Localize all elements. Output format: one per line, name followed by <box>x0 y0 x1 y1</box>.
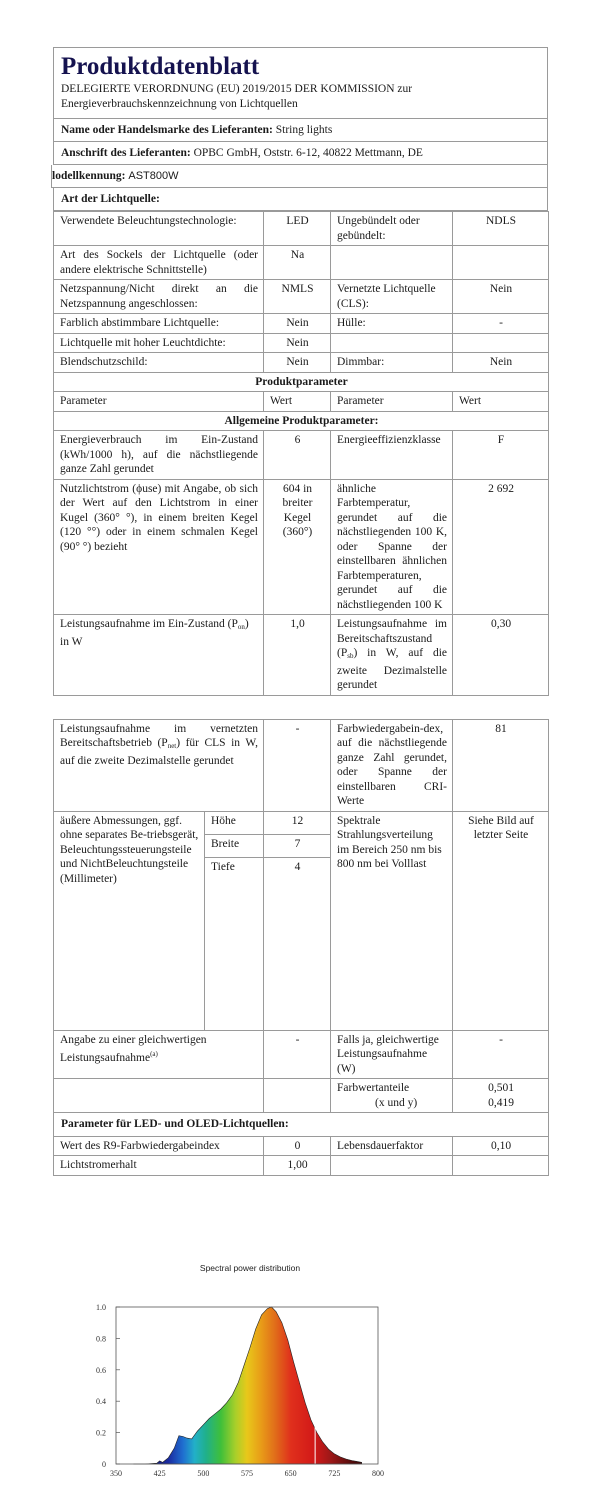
param-color-temperature: ähnliche Farbtemperatur, gerundet auf di… <box>331 479 453 615</box>
param-networked-standby: Leistungsaufnahme im vernetzten Bereitsc… <box>54 719 264 811</box>
x-tick-label: 350 <box>110 1469 122 1478</box>
x-tick-label: 575 <box>241 1469 253 1478</box>
supplier-name-label: Name oder Handelsmarke des Lieferanten: <box>61 124 273 136</box>
param-lumen-maintenance: Lichtstromerhalt <box>54 1156 264 1176</box>
value-spectral-distribution: Siehe Bild auf letzter Seite <box>453 811 549 1030</box>
param-r9: Wert des R9-Farbwiedergabeindex <box>54 1136 264 1156</box>
table-row: Energieverbrauch im Ein-Zustand (kWh/100… <box>54 431 549 480</box>
product-parameters-table-2: Leistungsaufnahme im vernetzten Bereitsc… <box>53 719 549 1176</box>
table-row: Nutzlichtstrom (ϕuse) mit Angabe, ob sic… <box>54 479 549 615</box>
x-tick-label: 425 <box>154 1469 166 1478</box>
value2-technology: NDLS <box>453 212 549 246</box>
empty-cell <box>54 1079 264 1113</box>
x-tick-label: 800 <box>372 1469 384 1478</box>
general-parameters-heading-row: Allgemeine Produktparameter: <box>54 411 549 431</box>
product-data-sheet: Produktdatenblatt DELEGIERTE VERORDNUNG … <box>53 47 548 1176</box>
value-socket: Na <box>264 246 331 280</box>
model-row: lodellkennung: AST800W <box>51 165 548 188</box>
value2-glare-shield: Nein <box>453 353 549 373</box>
page-title: Produktdatenblatt <box>61 52 540 82</box>
light-source-type-heading-text: Art der Lichtquelle: <box>61 193 160 205</box>
value2-socket <box>453 246 549 280</box>
col-header-param-1: Parameter <box>54 392 264 412</box>
param-equivalent-power: Angabe zu einer gleichwertigen Leistungs… <box>54 1030 264 1079</box>
value-equivalent-power: - <box>264 1030 331 1079</box>
param2-tunable: Hülle: <box>331 314 453 334</box>
value-chromaticity: 0,501 0,419 <box>453 1079 549 1113</box>
chromaticity-y: 0,419 <box>459 1096 543 1111</box>
empty-cell <box>331 1156 453 1176</box>
y-tick-label: 0.4 <box>96 1397 106 1406</box>
led-parameters-heading: Parameter für LED- und OLED-Lichtquellen… <box>54 1113 549 1137</box>
dimension-name-height: Höhe <box>205 811 264 834</box>
param-chromaticity-line-1: Farbwertanteile <box>337 1081 447 1096</box>
dimension-filler <box>264 880 331 1030</box>
param-dimensions: äußere Abmessungen, ggf. ohne separates … <box>54 811 205 1030</box>
led-parameters-heading-row: Parameter für LED- und OLED-Lichtquellen… <box>54 1113 549 1137</box>
chart-title: Spectral power distribution <box>80 1263 420 1273</box>
param-mains: Netzspannung/Nicht direkt an die Netzspa… <box>54 280 264 314</box>
col-header-value-1: Wert <box>264 392 331 412</box>
subscript: net <box>168 742 177 750</box>
y-tick-label: 0.6 <box>96 1366 106 1375</box>
table-row: Art des Sockels der Lichtquelle (oder an… <box>54 246 549 280</box>
y-tick-label: 0 <box>102 1460 106 1469</box>
param2-socket <box>331 246 453 280</box>
value2-high-luminance <box>453 333 549 353</box>
y-tick-label: 1.0 <box>96 1303 106 1312</box>
x-tick-label: 500 <box>197 1469 209 1478</box>
sheet-header: Produktdatenblatt DELEGIERTE VERORDNUNG … <box>53 47 548 119</box>
value2-tunable: - <box>453 314 549 334</box>
param-high-luminance: Lichtquelle mit hoher Leuchtdichte: <box>54 333 264 353</box>
param-standby-power-tail: ) in W, auf die zweite Dezimalstelle ger… <box>337 647 447 691</box>
table-row: Farblich abstimmbare Lichtquelle:NeinHül… <box>54 314 549 334</box>
dimension-filler <box>205 880 264 1030</box>
value-high-luminance: Nein <box>264 333 331 353</box>
model-value: AST800W <box>128 170 178 182</box>
regulation-line-2: Energieverbrauchskennzeichnung von Licht… <box>61 97 540 112</box>
value-cri: 81 <box>453 719 549 811</box>
empty-cell <box>264 1079 331 1113</box>
x-tick-label: 725 <box>328 1469 340 1478</box>
page-break-gap <box>53 696 548 719</box>
subscript: on <box>238 623 245 631</box>
col-header-value-2: Wert <box>453 392 549 412</box>
param-socket: Art des Sockels der Lichtquelle (oder an… <box>54 246 264 280</box>
param-chromaticity: Farbwertanteile (x und y) <box>331 1079 453 1113</box>
param-energy-consumption: Energieverbrauch im Ein-Zustand (kWh/100… <box>54 431 264 480</box>
value-standby-power: 0,30 <box>453 615 549 696</box>
param-spectral-distribution: Spektrale Strahlungsverteilung im Bereic… <box>331 811 453 1030</box>
value-on-mode-power: 1,0 <box>264 615 331 696</box>
product-parameters-heading-row: Produktparameter <box>54 372 549 392</box>
param-cri: Farbwiedergabein-dex, auf die nächstlieg… <box>331 719 453 811</box>
value-luminous-flux: 604 in breiter Kegel (360°) <box>264 479 331 615</box>
param-standby-power: Leistungsaufnahme im Bereitschaftszustan… <box>331 615 453 696</box>
param-tunable: Farblich abstimmbare Lichtquelle: <box>54 314 264 334</box>
spectral-power-chart: Spectral power distribution 350425500575… <box>80 1258 420 1488</box>
dimension-value-height: 12 <box>264 811 331 834</box>
value2-mains: Nein <box>453 280 549 314</box>
value-technology: LED <box>264 212 331 246</box>
table-row: Netzspannung/Nicht direkt an die Netzspa… <box>54 280 549 314</box>
table-row: Blendschutzschild:NeinDimmbar:Nein <box>54 353 549 373</box>
table-row: Leistungsaufnahme im vernetzten Bereitsc… <box>54 719 549 811</box>
table-row: Lichtquelle mit hoher Leuchtdichte:Nein <box>54 333 549 353</box>
spectral-power-plot: 35042550057565072580000.20.40.60.81.0 <box>80 1258 420 1488</box>
model-label: lodellkennung: <box>52 170 126 182</box>
dimension-value-width: 7 <box>264 834 331 857</box>
value-mains: NMLS <box>264 280 331 314</box>
table-row: Verwendete Beleuchtungstechnologie:LEDUn… <box>54 212 549 246</box>
value-lumen-maintenance: 1,00 <box>264 1156 331 1176</box>
param-technology: Verwendete Beleuchtungstechnologie: <box>54 212 264 246</box>
chromaticity-x: 0,501 <box>459 1081 543 1096</box>
value-color-temperature: 2 692 <box>453 479 549 615</box>
param-equivalent-power-w: Falls ja, gleichwertige Leistungsaufnahm… <box>331 1030 453 1079</box>
col-header-param-2: Parameter <box>331 392 453 412</box>
param-luminous-flux: Nutzlichtstrom (ϕuse) mit Angabe, ob sic… <box>54 479 264 615</box>
param2-technology: Ungebündelt oder gebündelt: <box>331 212 453 246</box>
value-glare-shield: Nein <box>264 353 331 373</box>
value-efficiency-class: F <box>453 431 549 480</box>
table-row: Angabe zu einer gleichwertigen Leistungs… <box>54 1030 549 1079</box>
supplier-name-row: Name oder Handelsmarke des Lieferanten: … <box>53 119 548 142</box>
table-row: Farbwertanteile (x und y) 0,501 0,419 <box>54 1079 549 1113</box>
value-networked-standby: - <box>264 719 331 811</box>
table-row: Wert des R9-Farbwiedergabeindex 0 Lebens… <box>54 1136 549 1156</box>
supplier-address-row: Anschrift des Lieferanten: OPBC GmbH, Os… <box>53 142 548 165</box>
value-survival-factor: 0,10 <box>453 1136 549 1156</box>
param-glare-shield: Blendschutzschild: <box>54 353 264 373</box>
dimension-value-depth: 4 <box>264 857 331 880</box>
supplier-address-label: Anschrift des Lieferanten: <box>61 147 191 159</box>
value-equivalent-power-w: - <box>453 1030 549 1079</box>
product-parameters-heading: Produktparameter <box>54 372 549 392</box>
light-source-table: Verwendete Beleuchtungstechnologie:LEDUn… <box>53 211 549 696</box>
param-survival-factor: Lebensdauerfaktor <box>331 1136 453 1156</box>
param2-mains: Vernetzte Lichtquelle (CLS): <box>331 280 453 314</box>
x-tick-label: 650 <box>285 1469 297 1478</box>
general-parameters-heading: Allgemeine Produktparameter: <box>54 411 549 431</box>
table-row: Leistungsaufnahme im Ein-Zustand (Pon) i… <box>54 615 549 696</box>
value-energy-consumption: 6 <box>264 431 331 480</box>
dimension-name-depth: Tiefe <box>205 857 264 880</box>
param2-high-luminance <box>331 333 453 353</box>
light-source-type-heading: Art der Lichtquelle: <box>53 188 548 211</box>
supplier-address-value: OPBC GmbH, Oststr. 6-12, 40822 Mettmann,… <box>194 147 423 159</box>
column-header-row: Parameter Wert Parameter Wert <box>54 392 549 412</box>
supplier-name-value: String lights <box>276 124 333 136</box>
y-tick-label: 0.8 <box>96 1334 106 1343</box>
dimension-name-width: Breite <box>205 834 264 857</box>
param-equivalent-power-text: Angabe zu einer gleichwertigen Leistungs… <box>60 1034 207 1064</box>
dimensions-row: äußere Abmessungen, ggf. ohne separates … <box>54 811 549 834</box>
table-row: Lichtstromerhalt 1,00 <box>54 1156 549 1176</box>
value-tunable: Nein <box>264 314 331 334</box>
param-efficiency-class: Energieeffizienzklasse <box>331 431 453 480</box>
y-tick-label: 0.2 <box>96 1429 106 1438</box>
regulation-line-1: DELEGIERTE VERORDNUNG (EU) 2019/2015 DER… <box>61 82 540 97</box>
spectrum-area <box>133 1307 361 1464</box>
led-parameters-heading-text: Parameter für LED- und OLED-Lichtquellen… <box>61 1118 289 1130</box>
param-chromaticity-line-2: (x und y) <box>337 1096 447 1111</box>
param-on-mode-power-text: Leistungsaufnahme im Ein-Zustand (P <box>60 618 238 630</box>
value-r9: 0 <box>264 1136 331 1156</box>
superscript: (a) <box>150 1050 158 1058</box>
param-on-mode-power: Leistungsaufnahme im Ein-Zustand (Pon) i… <box>54 615 264 696</box>
param2-glare-shield: Dimmbar: <box>331 353 453 373</box>
empty-cell <box>453 1156 549 1176</box>
